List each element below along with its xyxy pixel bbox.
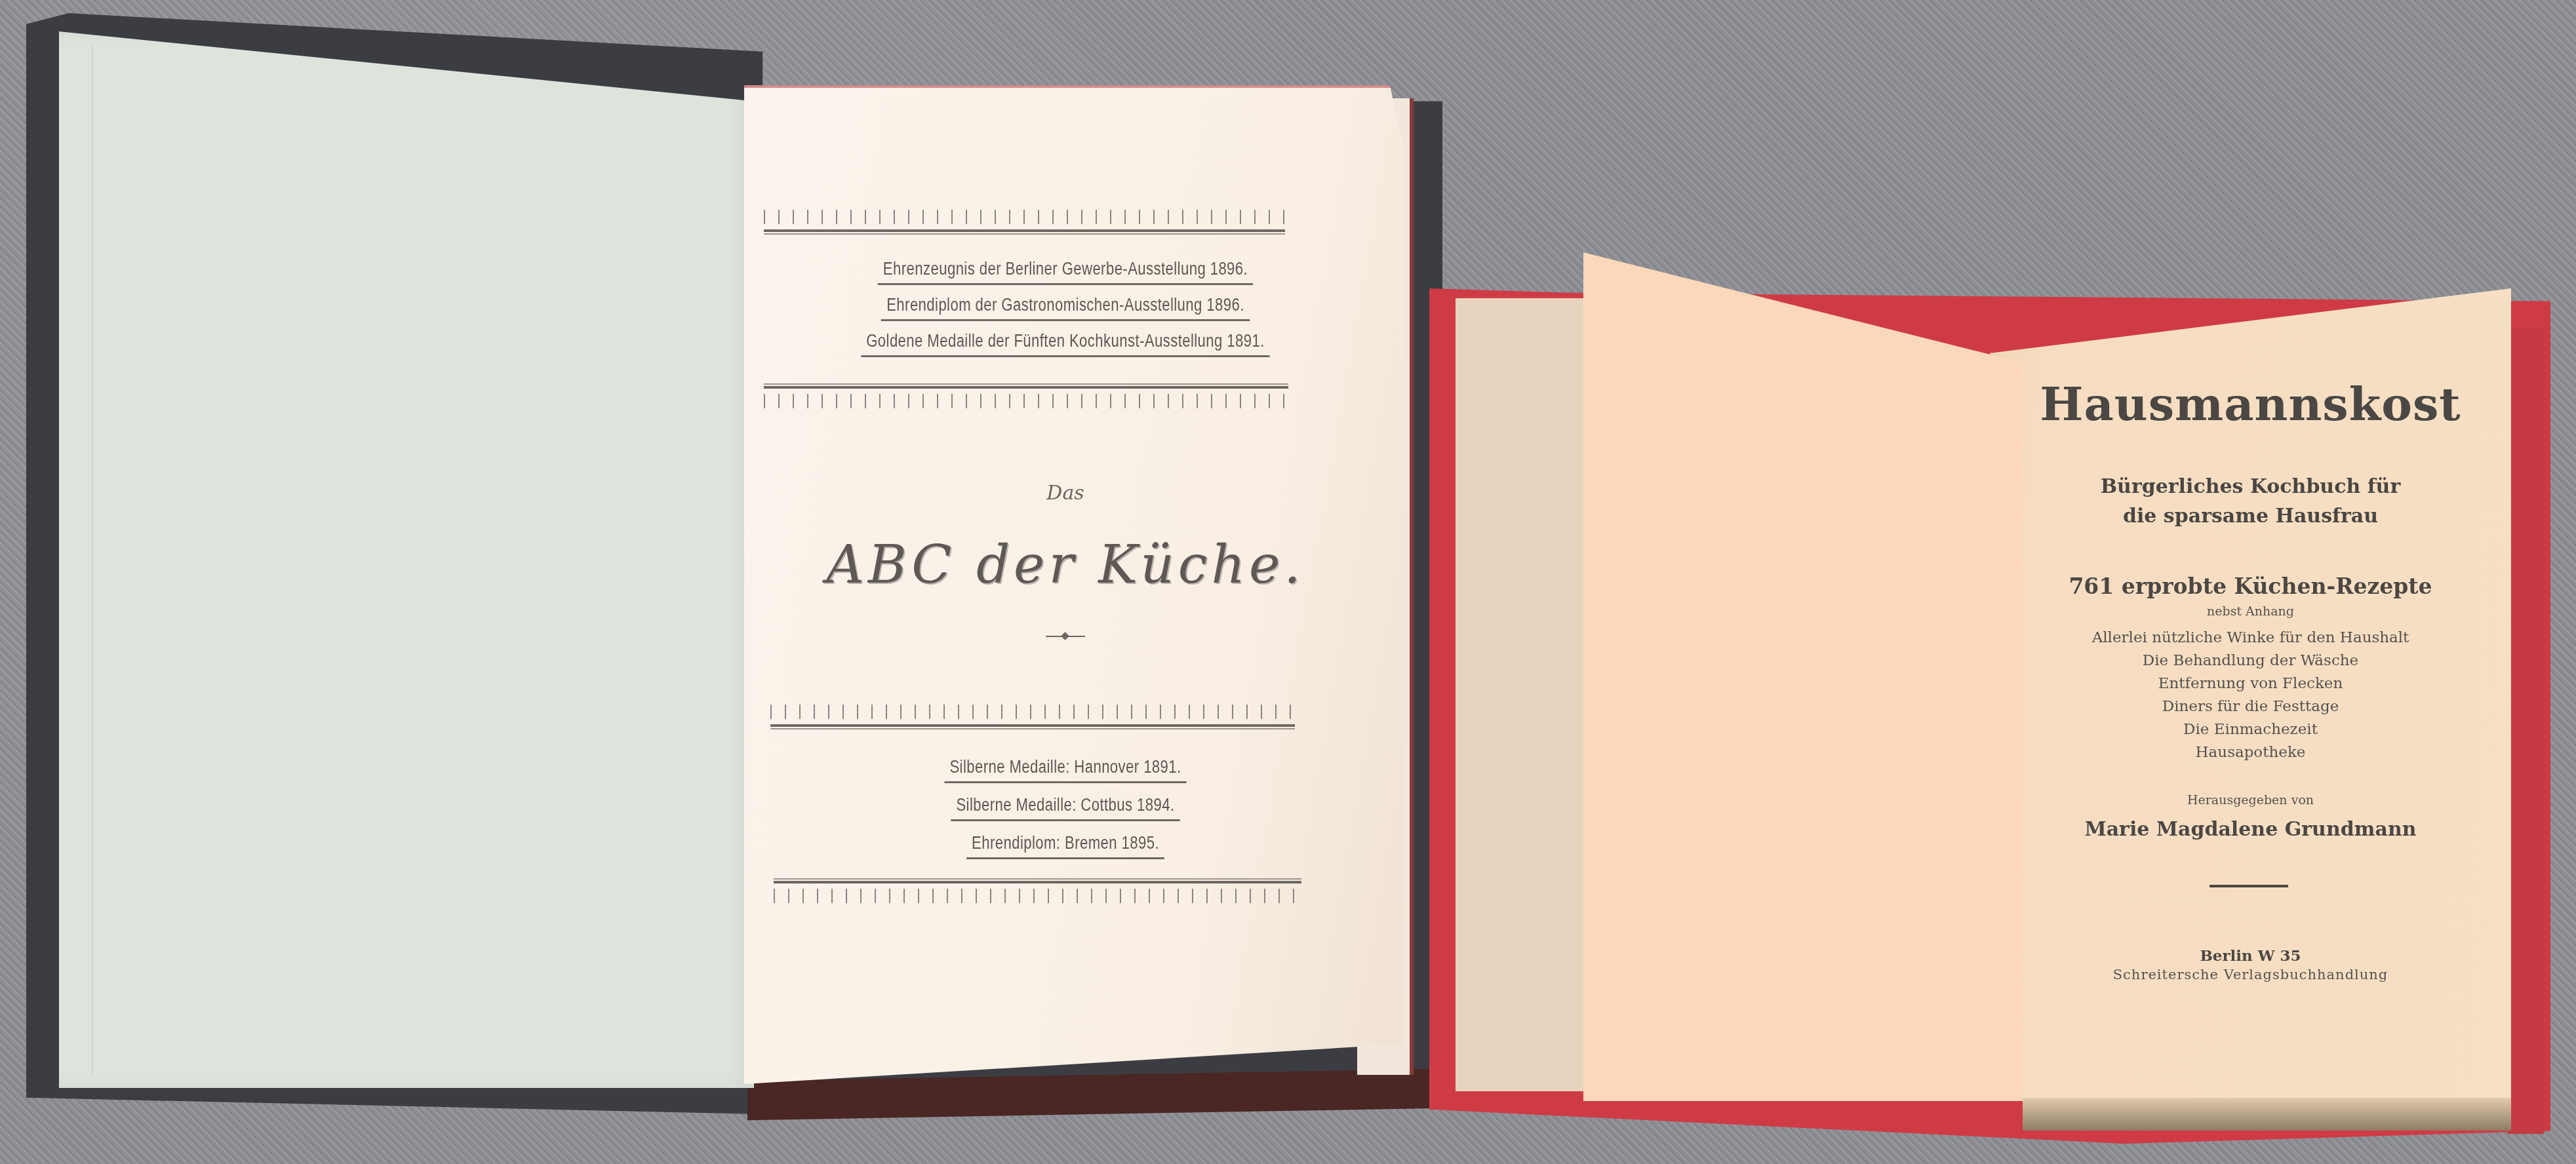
editor-label: Herausgegeben von	[1990, 793, 2511, 807]
left-book-title-page-content: Ehrenzeugnis der Berliner Gewerbe-Ausste…	[744, 85, 1387, 1068]
appendix-label: nebst Anhang	[1990, 604, 2511, 619]
publisher-city: Berlin W 35	[1990, 947, 2511, 965]
right-book-page-edges	[2023, 1095, 2511, 1131]
award-line: Silberne Medaille: Hannover 1891.	[802, 757, 1329, 783]
editor-name: Marie Magdalene Grundmann	[1990, 818, 2511, 841]
award-line: Silberne Medaille: Cottbus 1894.	[802, 795, 1329, 821]
book-title: ABC der Küche.	[744, 534, 1387, 595]
left-book-endpaper-fold	[92, 46, 93, 1075]
award-line: Ehrenzeugnis der Berliner Gewerbe-Ausste…	[802, 259, 1329, 285]
title-prefix: Das	[744, 482, 1387, 505]
award-line: Goldene Medaille der Fünften Kochkunst-A…	[802, 331, 1329, 357]
appendix-item: Die Behandlung der Wäsche	[1990, 652, 2511, 669]
divider-rule	[2209, 885, 2288, 887]
title-divider-ornament	[1046, 636, 1085, 637]
publisher-name: Schreitersche Verlagsbuchhandlung	[1990, 967, 2511, 982]
subtitle-line: Bürgerliches Kochbuch für	[1990, 475, 2511, 498]
award-line: Ehrendiplom der Gastronomischen-Ausstell…	[802, 295, 1329, 321]
appendix-item: Diners für die Festtage	[1990, 698, 2511, 715]
ornament-border-mid-bottom	[770, 705, 1295, 729]
appendix-item: Entfernung von Flecken	[1990, 675, 2511, 692]
recipes-count-line: 761 erprobte Küchen-Rezepte	[1990, 573, 2511, 599]
book-title: Hausmannskost	[1990, 377, 2511, 431]
right-book-cover-edge	[2508, 328, 2544, 1134]
right-book-flyleaf	[1583, 252, 2023, 1101]
right-book-inner-cover	[1456, 298, 1587, 1091]
appendix-item: Die Einmachezeit	[1990, 721, 2511, 738]
appendix-item: Allerlei nützliche Winke für den Haushal…	[1990, 629, 2511, 646]
ornament-border-mid-top	[764, 383, 1288, 408]
left-book-endpaper	[59, 31, 754, 1088]
appendix-item: Hausapotheke	[1990, 744, 2511, 761]
ornament-border-bottom	[774, 878, 1301, 903]
award-line: Ehrendiplom: Bremen 1895.	[802, 833, 1329, 859]
right-book-title-page-content: Hausmannskost Bürgerliches Kochbuch für …	[1990, 288, 2511, 1098]
subtitle-line: die sparsame Hausfrau	[1990, 505, 2511, 528]
ornament-border-top	[764, 210, 1285, 235]
